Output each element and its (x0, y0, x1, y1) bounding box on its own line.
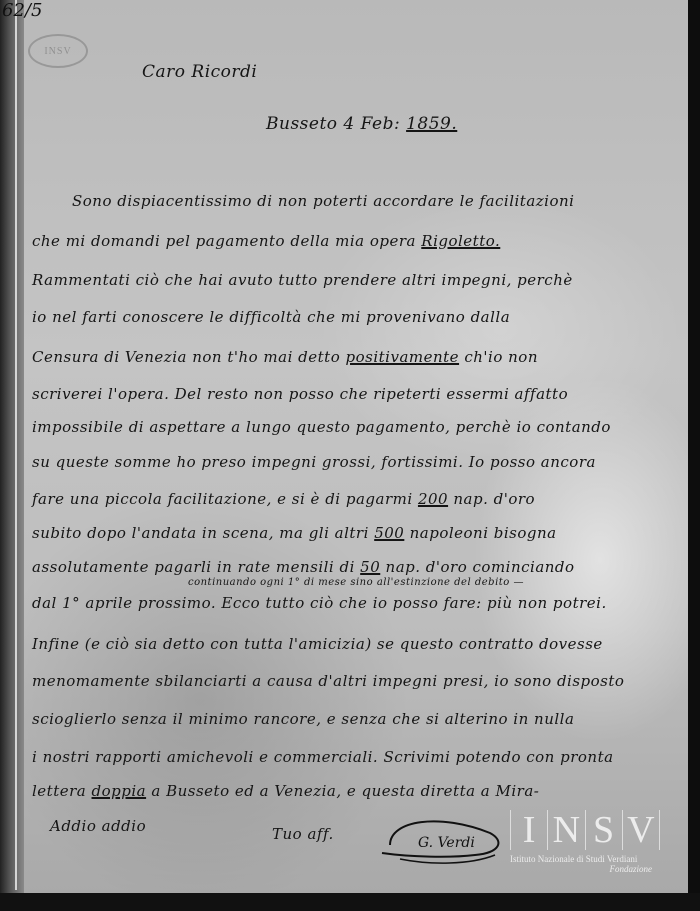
letter-line: subito dopo l'andata in scena, ma gli al… (32, 524, 557, 542)
archive-number: 62/5 (2, 2, 42, 20)
binding-edge (0, 0, 24, 893)
letter-line: Infine (e ciò sia detto con tutta l'amic… (32, 635, 603, 653)
insv-name: Istituto Nazionale di Studi Verdiani (510, 854, 660, 864)
letter-line: io nel farti conoscere le difficoltà che… (32, 308, 510, 326)
letter-line: lettera doppia a Busseto ed a Venezia, e… (32, 782, 539, 800)
letter-line: dal 1° aprile prossimo. Ecco tutto ciò c… (32, 594, 607, 612)
letter-line: Sono dispiacentissimo di non poterti acc… (72, 192, 574, 210)
opera-title: Rigoletto. (421, 232, 500, 250)
insv-subtitle: Fondazione (510, 864, 660, 874)
signature-text: G. Verdi (418, 835, 475, 851)
letter-line: impossibile di aspettare a lungo questo … (32, 418, 611, 436)
letter-line: scriverei l'opera. Del resto non posso c… (32, 385, 568, 403)
place-date: Busseto 4 Feb: 1859. (266, 114, 457, 134)
margin-rule (15, 0, 17, 890)
year: 1859. (406, 114, 457, 134)
letter-line: su queste somme ho preso impegni grossi,… (32, 453, 596, 471)
letter-line: fare una piccola facilitazione, e si è d… (32, 490, 535, 508)
letter-line: che mi domandi pel pagamento della mia o… (32, 232, 500, 250)
interlinear-note: continuando ogni 1° di mese sino all'est… (188, 577, 524, 588)
closing: Tuo aff. (272, 825, 334, 843)
letter-line: Rammentati ciò che hai avuto tutto prend… (32, 271, 573, 289)
signature-flourish: G. Verdi (380, 815, 510, 870)
letter-line: menomamente sbilanciarti a causa d'altri… (32, 672, 624, 690)
farewell: Addio addio (50, 817, 146, 835)
letter-line: Censura di Venezia non t'ho mai detto po… (32, 348, 538, 366)
insv-logo-letters: INSV (510, 810, 660, 850)
letter-page: 62/5 INSV Caro Ricordi Busseto 4 Feb: 18… (0, 0, 690, 893)
letter-line: assolutamente pagarli in rate mensili di… (32, 558, 575, 576)
salutation: Caro Ricordi (142, 62, 257, 82)
letter-line: scioglierlo senza il minimo rancore, e s… (32, 710, 574, 728)
archive-stamp: INSV (28, 34, 88, 68)
insv-watermark: INSV Istituto Nazionale di Studi Verdian… (510, 810, 660, 874)
scan-border-right (688, 0, 700, 911)
scan-border-bottom (0, 893, 700, 911)
letter-line: i nostri rapporti amichevoli e commercia… (32, 748, 614, 766)
